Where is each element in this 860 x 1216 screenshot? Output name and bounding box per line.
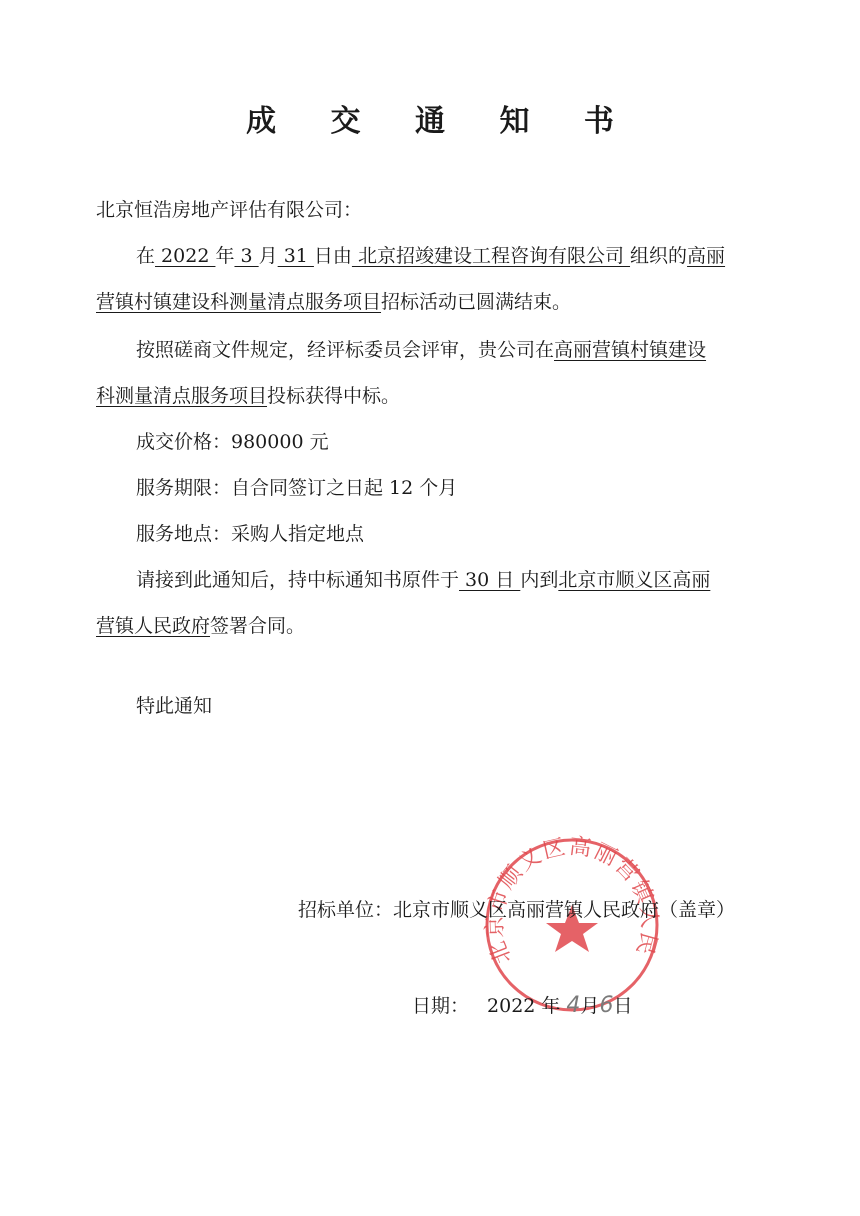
paragraph-3-line-1: 请接到此通知后，持中标通知书原件于 30 日 内到北京市顺义区高丽 <box>136 566 710 594</box>
text: 签署合同。 <box>210 615 305 637</box>
text: 月 <box>259 245 278 267</box>
handwritten-month: 4 <box>566 993 580 1018</box>
project-name: 高丽营镇村镇建设 <box>554 339 706 361</box>
text: 按照磋商文件规定，经评标委员会评审，贵公司在 <box>136 339 554 361</box>
text: 招标活动已圆满结束。 <box>381 291 571 313</box>
text: 年 <box>215 245 234 267</box>
handwritten-day: 6 <box>599 993 613 1018</box>
closing: 特此通知 <box>136 692 212 720</box>
place-name: 北京市顺义区高丽 <box>558 569 710 591</box>
text: 日 <box>613 995 632 1017</box>
paragraph-3-line-2: 营镇人民政府签署合同。 <box>96 612 305 640</box>
text: 请接到此通知后，持中标通知书原件于 <box>136 569 459 591</box>
document-title: 成 交 通 知 书 <box>0 96 860 140</box>
text: 日由 <box>314 245 352 267</box>
text: 内到 <box>520 569 558 591</box>
text: 组织的 <box>630 245 687 267</box>
place-name: 营镇人民政府 <box>96 615 210 637</box>
paragraph-1-line-2: 营镇村镇建设科测量清点服务项目招标活动已圆满结束。 <box>96 288 571 316</box>
location-line: 服务地点：采购人指定地点 <box>136 520 364 548</box>
project-name: 营镇村镇建设科测量清点服务项目 <box>96 291 381 313</box>
paragraph-2-line-1: 按照磋商文件规定，经评标委员会评审，贵公司在高丽营镇村镇建设 <box>136 336 706 364</box>
text: 投标获得中标。 <box>267 385 400 407</box>
paragraph-1-line-1: 在 2022 年 3 月 31 日由 北京招竣建设工程咨询有限公司 组织的高丽 <box>136 242 725 270</box>
project-name: 科测量清点服务项目 <box>96 385 267 407</box>
signature-line: 招标单位：北京市顺义区高丽营镇人民政府（盖章） <box>298 896 735 924</box>
agency-name: 北京招竣建设工程咨询有限公司 <box>352 245 630 267</box>
date-year: 2022 年 <box>487 995 560 1017</box>
date-label: 日期： <box>412 995 469 1017</box>
paragraph-2-line-2: 科测量清点服务项目投标获得中标。 <box>96 382 400 410</box>
text: 在 <box>136 245 155 267</box>
official-seal-icon: 北京市顺义区高丽营镇人民政府 <box>482 835 662 1015</box>
addressee: 北京恒浩房地产评估有限公司： <box>96 196 362 224</box>
month-value: 3 <box>234 245 258 267</box>
days-value: 30 日 <box>459 569 520 591</box>
price-line: 成交价格：980000 元 <box>136 428 329 456</box>
project-name: 高丽 <box>687 245 725 267</box>
date-line: 日期：2022 年4月6日 <box>412 992 632 1020</box>
year-value: 2022 <box>155 245 215 267</box>
day-value: 31 <box>278 245 314 267</box>
period-line: 服务期限：自合同签订之日起 12 个月 <box>136 474 457 502</box>
text: 月 <box>580 995 599 1017</box>
